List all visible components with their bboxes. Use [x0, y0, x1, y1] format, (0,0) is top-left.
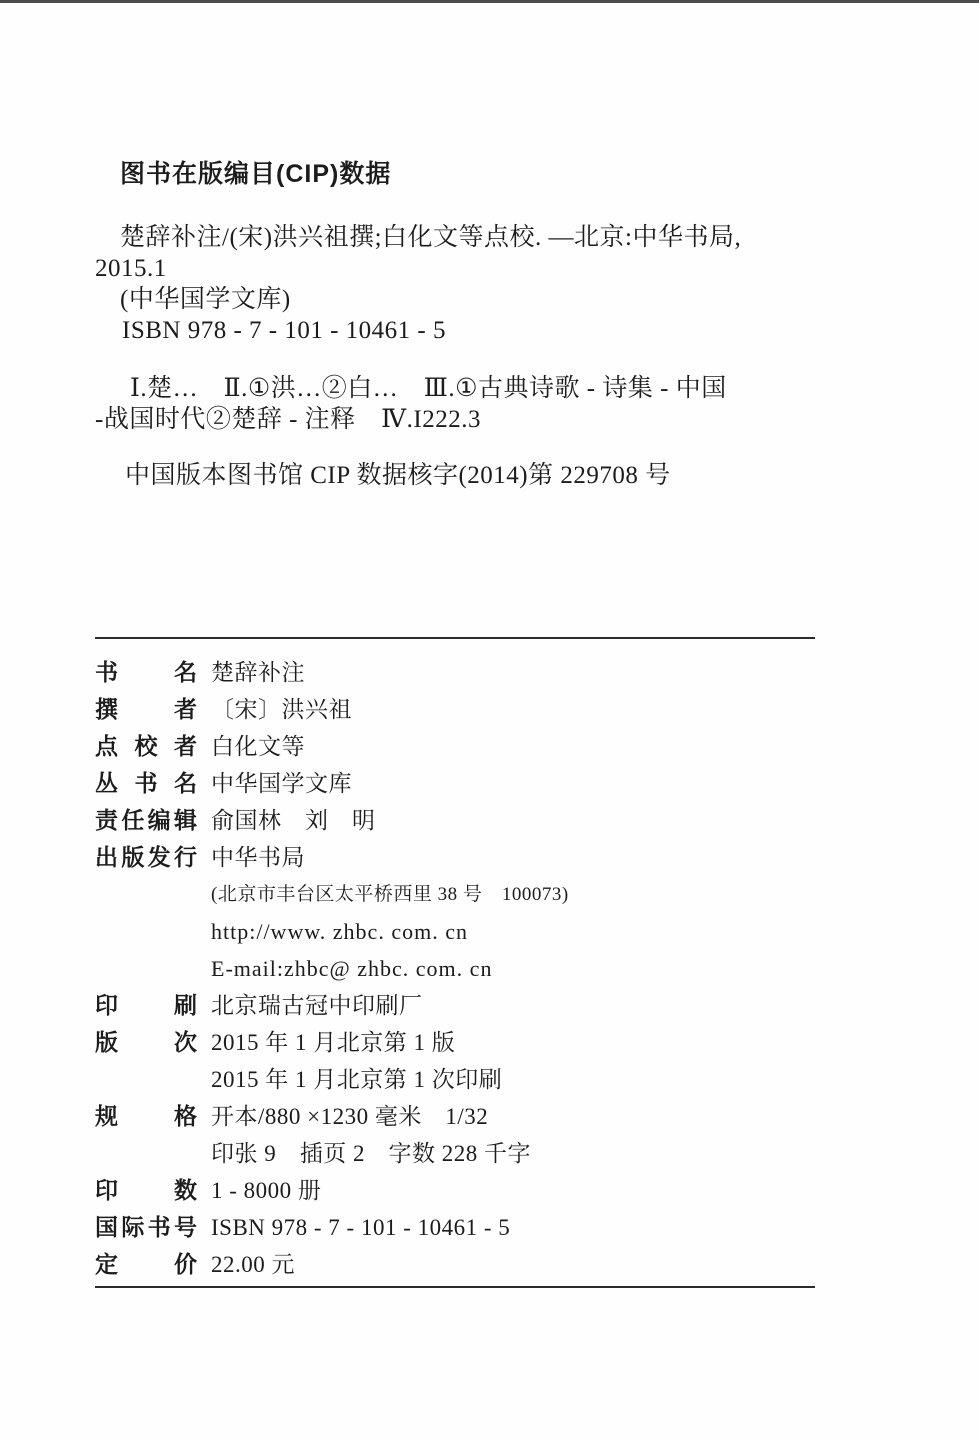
- colophon-label-char: 者: [174, 728, 197, 765]
- colophon-value-line: 楚辞补注: [211, 654, 885, 691]
- colophon-row: 规格开本/880 ×1230 毫米 1/32印张 9 插页 2 字数 228 千…: [95, 1098, 885, 1172]
- cip-isbn: ISBN 978 - 7 - 101 - 10461 - 5: [95, 315, 885, 346]
- colophon-values: 22.00 元: [211, 1246, 885, 1283]
- colophon-label-char: 格: [174, 1098, 197, 1135]
- cip-series-note: (中华国学文库): [95, 284, 885, 315]
- scan-edge-artifact: [0, 0, 979, 3]
- cip-block: 图书在版编目(CIP)数据 楚辞补注/(宋)洪兴祖撰;白化文等点校. —北京:中…: [95, 158, 885, 491]
- colophon-value-line: 2015 年 1 月北京第 1 版: [211, 1024, 885, 1061]
- colophon-table: 书名楚辞补注撰者〔宋〕洪兴祖点校者白化文等丛书名中华国学文库责任编辑俞国林 刘 …: [95, 654, 885, 1283]
- colophon-label: 撰者: [95, 691, 197, 728]
- colophon-value-line: 中华书局: [211, 839, 885, 876]
- colophon-label-char: 校: [135, 728, 158, 765]
- colophon-label-char: 编: [148, 802, 171, 839]
- cip-description-line2: 2015.1: [95, 253, 885, 284]
- colophon-row: 撰者〔宋〕洪兴祖: [95, 691, 885, 728]
- colophon-value-line: 印张 9 插页 2 字数 228 千字: [211, 1135, 885, 1172]
- colophon-label-char: 撰: [95, 691, 118, 728]
- book-copyright-page: 图书在版编目(CIP)数据 楚辞补注/(宋)洪兴祖撰;白化文等点校. —北京:中…: [0, 0, 979, 1439]
- colophon-label-char: 规: [95, 1098, 118, 1135]
- colophon-value-line: E-mail:zhbc@ zhbc. com. cn: [211, 950, 885, 987]
- colophon-row: 印数1 - 8000 册: [95, 1172, 885, 1209]
- colophon-label-char: 价: [174, 1246, 197, 1283]
- colophon-label-char: 刷: [174, 987, 197, 1024]
- colophon-label: 责任编辑: [95, 802, 197, 839]
- colophon-values: 白化文等: [211, 728, 885, 765]
- divider-bottom: [95, 1286, 815, 1288]
- colophon-label-char: 责: [95, 802, 118, 839]
- colophon-row: 丛书名中华国学文库: [95, 765, 885, 802]
- colophon-label-char: 印: [95, 987, 118, 1024]
- cip-classification-line1: Ⅰ.楚… Ⅱ.①洪…②白… Ⅲ.①古典诗歌 - 诗集 - 中国: [95, 373, 885, 404]
- colophon-values: 北京瑞古冠中印刷厂: [211, 987, 885, 1024]
- colophon-value-line: 22.00 元: [211, 1246, 885, 1283]
- colophon-value-line: ISBN 978 - 7 - 101 - 10461 - 5: [211, 1209, 885, 1246]
- colophon-label-char: 发: [148, 839, 171, 876]
- colophon-row: 点校者白化文等: [95, 728, 885, 765]
- colophon-label-char: 号: [174, 1209, 197, 1246]
- colophon-label-char: 辑: [174, 802, 197, 839]
- cip-classification-line2: -战国时代②楚辞 - 注释 Ⅳ.I222.3: [95, 404, 885, 435]
- colophon-label-char: 者: [174, 691, 197, 728]
- colophon-label: 丛书名: [95, 765, 197, 802]
- colophon-values: 〔宋〕洪兴祖: [211, 691, 885, 728]
- colophon-values: 俞国林 刘 明: [211, 802, 885, 839]
- colophon-value-line: 中华国学文库: [211, 765, 885, 802]
- colophon-label-char: 丛: [95, 765, 118, 802]
- colophon-label-char: 点: [95, 728, 118, 765]
- colophon-label: 定价: [95, 1246, 197, 1283]
- colophon-label: 规格: [95, 1098, 197, 1135]
- colophon-value-line: 2015 年 1 月北京第 1 次印刷: [211, 1061, 885, 1098]
- divider-top: [95, 637, 815, 639]
- colophon-label-char: 数: [174, 1172, 197, 1209]
- colophon-label-char: 出: [95, 839, 118, 876]
- colophon-label: 版次: [95, 1024, 197, 1061]
- colophon-label-char: 名: [174, 765, 197, 802]
- colophon-label-char: 际: [121, 1209, 144, 1246]
- colophon-value-line: 1 - 8000 册: [211, 1172, 885, 1209]
- colophon-value-line: (北京市丰台区太平桥西里 38 号 100073): [211, 876, 885, 913]
- colophon-label: 印数: [95, 1172, 197, 1209]
- colophon-label: 书名: [95, 654, 197, 691]
- colophon-label: 点校者: [95, 728, 197, 765]
- colophon-values: 楚辞补注: [211, 654, 885, 691]
- colophon-row: 印刷北京瑞古冠中印刷厂: [95, 987, 885, 1024]
- colophon-values: 中华国学文库: [211, 765, 885, 802]
- cip-description-line1: 楚辞补注/(宋)洪兴祖撰;白化文等点校. —北京:中华书局,: [95, 222, 885, 253]
- colophon-row: 书名楚辞补注: [95, 654, 885, 691]
- colophon-value-line: 北京瑞古冠中印刷厂: [211, 987, 885, 1024]
- cip-heading: 图书在版编目(CIP)数据: [95, 158, 885, 190]
- colophon-label-char: 印: [95, 1172, 118, 1209]
- colophon-value-line: 俞国林 刘 明: [211, 802, 885, 839]
- colophon-label-char: 行: [174, 839, 197, 876]
- colophon-label-char: 国: [95, 1209, 118, 1246]
- colophon-label-char: 书: [148, 1209, 171, 1246]
- colophon-values: 中华书局(北京市丰台区太平桥西里 38 号 100073)http://www.…: [211, 839, 885, 987]
- colophon-row: 国际书号ISBN 978 - 7 - 101 - 10461 - 5: [95, 1209, 885, 1246]
- colophon-values: 2015 年 1 月北京第 1 版2015 年 1 月北京第 1 次印刷: [211, 1024, 885, 1098]
- cip-record-number: 中国版本图书馆 CIP 数据核字(2014)第 229708 号: [95, 460, 885, 491]
- colophon-label-char: 书: [135, 765, 158, 802]
- colophon-row: 定价22.00 元: [95, 1246, 885, 1283]
- colophon-label-char: 定: [95, 1246, 118, 1283]
- colophon-value-line: 白化文等: [211, 728, 885, 765]
- colophon-values: ISBN 978 - 7 - 101 - 10461 - 5: [211, 1209, 885, 1246]
- colophon-value-line: 〔宋〕洪兴祖: [211, 691, 885, 728]
- colophon-row: 版次2015 年 1 月北京第 1 版2015 年 1 月北京第 1 次印刷: [95, 1024, 885, 1098]
- colophon-label-char: 版: [121, 839, 144, 876]
- colophon-values: 1 - 8000 册: [211, 1172, 885, 1209]
- colophon-label-char: 版: [95, 1024, 118, 1061]
- colophon-label-char: 任: [121, 802, 144, 839]
- colophon-label-char: 次: [174, 1024, 197, 1061]
- colophon-row: 出版发行中华书局(北京市丰台区太平桥西里 38 号 100073)http://…: [95, 839, 885, 987]
- colophon-value-line: http://www. zhbc. com. cn: [211, 913, 885, 950]
- colophon-label: 出版发行: [95, 839, 197, 876]
- colophon-label-char: 名: [174, 654, 197, 691]
- colophon-label: 国际书号: [95, 1209, 197, 1246]
- colophon-label-char: 书: [95, 654, 118, 691]
- colophon-value-line: 开本/880 ×1230 毫米 1/32: [211, 1098, 885, 1135]
- colophon-values: 开本/880 ×1230 毫米 1/32印张 9 插页 2 字数 228 千字: [211, 1098, 885, 1172]
- colophon-row: 责任编辑俞国林 刘 明: [95, 802, 885, 839]
- colophon-label: 印刷: [95, 987, 197, 1024]
